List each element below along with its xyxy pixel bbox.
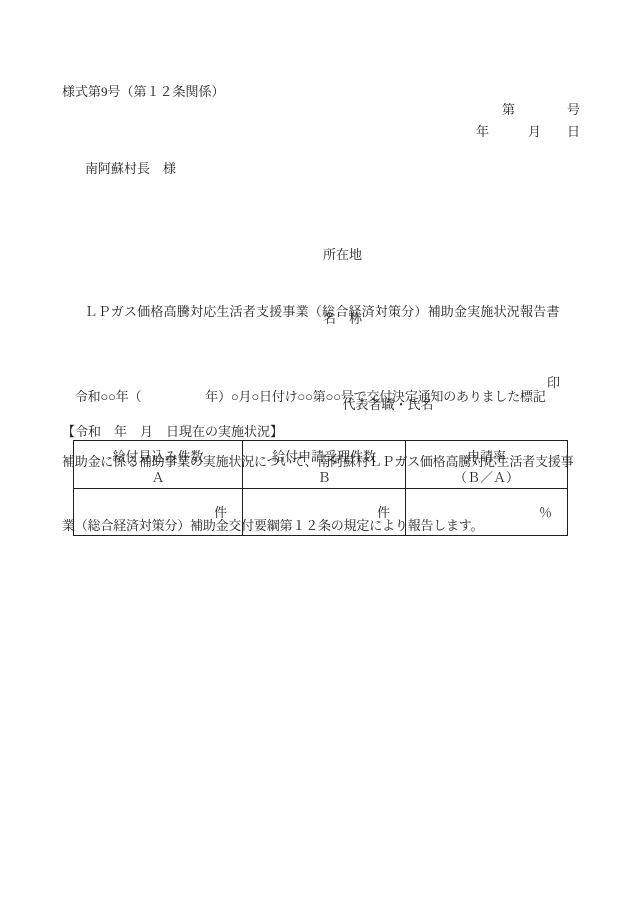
header-application-rate-label: 申請率 xyxy=(406,446,567,467)
header-accepted-count-symbol: Ｂ xyxy=(243,467,405,488)
body-line-1: 令和○○年（ 年）○月○日付け○○第○○号で交付決定通知のありました標記 xyxy=(62,386,574,408)
document-date-line: 年 月 日 xyxy=(476,121,580,142)
header-cell-accepted-count: 給付申請受理件数 Ｂ xyxy=(243,441,406,489)
table-value-row: 件 件 ％ xyxy=(74,489,568,536)
status-caption: 【令和 年 月 日現在の実施状況】 xyxy=(62,421,283,442)
document-number-line: 第 号 xyxy=(502,99,580,120)
header-cell-application-rate: 申請率 （Ｂ／Ａ） xyxy=(406,441,568,489)
header-accepted-count-label: 給付申請受理件数 xyxy=(243,446,405,467)
header-expected-count-label: 給付見込み件数 xyxy=(74,446,242,467)
document-page: 様式第9号（第１２条関係） 第 号 年 月 日 南阿蘇村長 様 所在地 名 称 … xyxy=(0,0,630,903)
header-expected-count-symbol: Ａ xyxy=(74,467,242,488)
value-cell-accepted-count: 件 xyxy=(243,489,406,536)
report-table: 給付見込み件数 Ａ 給付申請受理件数 Ｂ 申請率 （Ｂ／Ａ） 件 件 ％ xyxy=(73,440,568,536)
header-cell-expected-count: 給付見込み件数 Ａ xyxy=(74,441,243,489)
value-cell-expected-count: 件 xyxy=(74,489,243,536)
value-cell-application-rate: ％ xyxy=(406,489,568,536)
header-application-rate-symbol: （Ｂ／Ａ） xyxy=(406,467,567,488)
sender-location-label: 所在地 xyxy=(323,244,563,266)
table-header-row: 給付見込み件数 Ａ 給付申請受理件数 Ｂ 申請率 （Ｂ／Ａ） xyxy=(74,441,568,489)
form-number: 様式第9号（第１２条関係） xyxy=(62,81,225,102)
addressee: 南阿蘇村長 様 xyxy=(85,158,176,179)
document-title: ＬＰガス価格高騰対応生活者支援事業（総合経済対策分）補助金実施状況報告書 xyxy=(0,301,630,322)
